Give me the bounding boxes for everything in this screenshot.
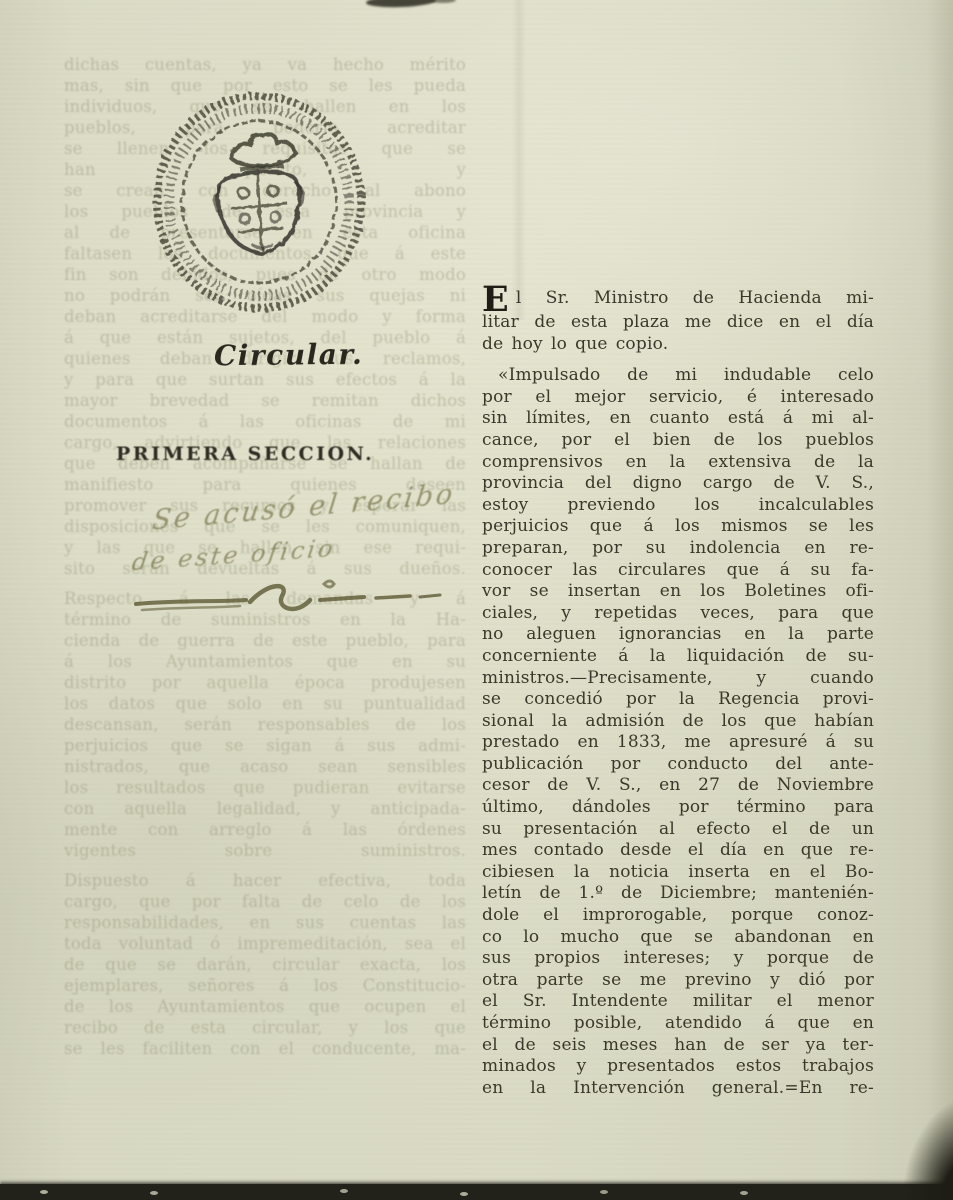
text-line: perjuicios que á los mismos se les [482, 516, 874, 538]
text-line: «Impulsado de mi indudable celo [482, 365, 874, 387]
text-line: cesor de V. S., en 27 de Noviembre [482, 775, 874, 797]
scan-corner-shadow [901, 1096, 953, 1200]
text-line: los datos que solo en su puntualidad [64, 693, 466, 714]
text-line: no aleguen ignorancias en la parte [482, 624, 874, 646]
text-line: sin límites, en cuanto está á mi al- [482, 408, 874, 430]
text-line: ciales, y repetidas veces, para que [482, 603, 874, 625]
printed-text-column: E l Sr. Ministro de Hacienda mi- litar d… [482, 282, 874, 1099]
paragraph-1-lines: litar de esta plaza me dice en el día [482, 312, 874, 334]
paragraph-2-lines: por el mejor servicio, é interesadosin l… [482, 387, 874, 1100]
text-line: publicación por conducto del ante- [482, 754, 874, 776]
text-line: comprensivos en la extensiva de la [482, 452, 874, 474]
paragraph-2: «Impulsado de mi indudable celo por el m… [482, 365, 874, 1099]
text-line: concerniente á la liquidación de su- [482, 646, 874, 668]
text-line: letín de 1.º de Diciembre; mantenién- [482, 883, 874, 905]
text-line: de que se darán, circular exacta, los [64, 954, 466, 975]
text-line: vigentes sobre suministros. [64, 840, 466, 861]
text-line: cargo, que por falta de celo de los [64, 891, 466, 912]
document-type-label: Circular. [214, 337, 444, 372]
scan-smudge [430, 0, 456, 3]
text-line: nistrados, que acaso sean sensibles [64, 756, 466, 777]
text-line: con aquella legalidad, y anticipada- [64, 798, 466, 819]
text-line: vor se insertan en los Boletines ofi- [482, 581, 874, 603]
text-line: el de seis meses han de ser ya ter- [482, 1035, 874, 1057]
text-line: recibo de esta circular, y los que [64, 1017, 466, 1038]
text-line: el Sr. Intendente militar el menor [482, 991, 874, 1013]
text-line: término posible, atendido á que en [482, 1013, 874, 1035]
text-line: documentos á las oficinas de mi [64, 411, 466, 432]
text-line: descansan, serán responsables de los [64, 714, 466, 735]
text-line: de hoy lo que copio. [482, 334, 874, 356]
text-line: ministros.—Precisamente, y cuando [482, 668, 874, 690]
section-heading: PRIMERA SECCION. [116, 443, 416, 465]
text-line: cienda de guerra de este pueblo, para [64, 630, 466, 651]
text-line: E l Sr. Ministro de Hacienda mi- [482, 282, 874, 310]
text-line: dichas cuentas, ya va hecho mérito [64, 54, 466, 75]
text-line: preparan, por su indolencia en re- [482, 538, 874, 560]
text-line [64, 861, 466, 870]
text-line: de los Ayuntamientos que ocupen el [64, 996, 466, 1017]
text-line: mes contado desde el día en que re- [482, 840, 874, 862]
text-line: y para que surtan sus efectos á la [64, 369, 466, 390]
ink-stamp-seal [146, 84, 372, 320]
scan-smudge [366, 0, 436, 8]
text-line: estoy previendo los incalculables [482, 495, 874, 517]
text-line: minados y presentados estos trabajos [482, 1056, 874, 1078]
text-line: provincia del digno cargo de V. S., [482, 473, 874, 495]
text-line: á los Ayuntamientos que en su [64, 651, 466, 672]
scan-bottom-edge [0, 1184, 953, 1200]
paragraph-1: E l Sr. Ministro de Hacienda mi- litar d… [482, 282, 874, 355]
drop-cap: E [482, 287, 509, 313]
text-line: su presentación al efecto el de un [482, 819, 874, 841]
text-line: co lo mucho que se abandonan en [482, 927, 874, 949]
text-line: sional la admisión de los que habían [482, 711, 874, 733]
text-line: litar de esta plaza me dice en el día [482, 312, 874, 334]
paper-crease [512, 0, 526, 320]
handwritten-flourish [128, 570, 458, 630]
text-line: ejemplares, señores á los Constitucio- [64, 975, 466, 996]
text-line: se les faciliten con el conducente, ma- [64, 1038, 466, 1059]
text-line: Dispuesto á hacer efectiva, toda [64, 870, 466, 891]
text-line: último, dándoles por término para [482, 797, 874, 819]
text-line: cance, por el bien de los pueblos [482, 430, 874, 452]
scanned-document-page: dichas cuentas, ya va hecho méritomas, s… [0, 0, 953, 1200]
text-line: responsabilidades, en sus cuentas las [64, 912, 466, 933]
text-line: perjuicios que se sigan á sus admi- [64, 735, 466, 756]
text-line: prestado en 1833, me apresuré á su [482, 732, 874, 754]
text-line: en la Intervención general.=En re- [482, 1078, 874, 1100]
text-line: sus propios intereses; y porque de [482, 948, 874, 970]
text-line: distrito por aquella época produjesen [64, 672, 466, 693]
text-line: cibiesen la noticia inserta en el Bo- [482, 862, 874, 884]
text-line: conocer las circulares que á su fa- [482, 560, 874, 582]
text-line: mente con arreglo á las órdenes [64, 819, 466, 840]
text-line: mayor brevedad se remitan dichos [64, 390, 466, 411]
text-line: se concedió por la Regencia provi- [482, 689, 874, 711]
text-line: otra parte se me previno y dió por [482, 970, 874, 992]
text-line: por el mejor servicio, é interesado [482, 387, 874, 409]
text-line: toda voluntad ó impremeditación, sea el [64, 933, 466, 954]
text-line: dole el improrogable, porque conoz- [482, 905, 874, 927]
text-line: los resultados que pudieran evitarse [64, 777, 466, 798]
page-right-edge-shading [927, 0, 953, 1200]
